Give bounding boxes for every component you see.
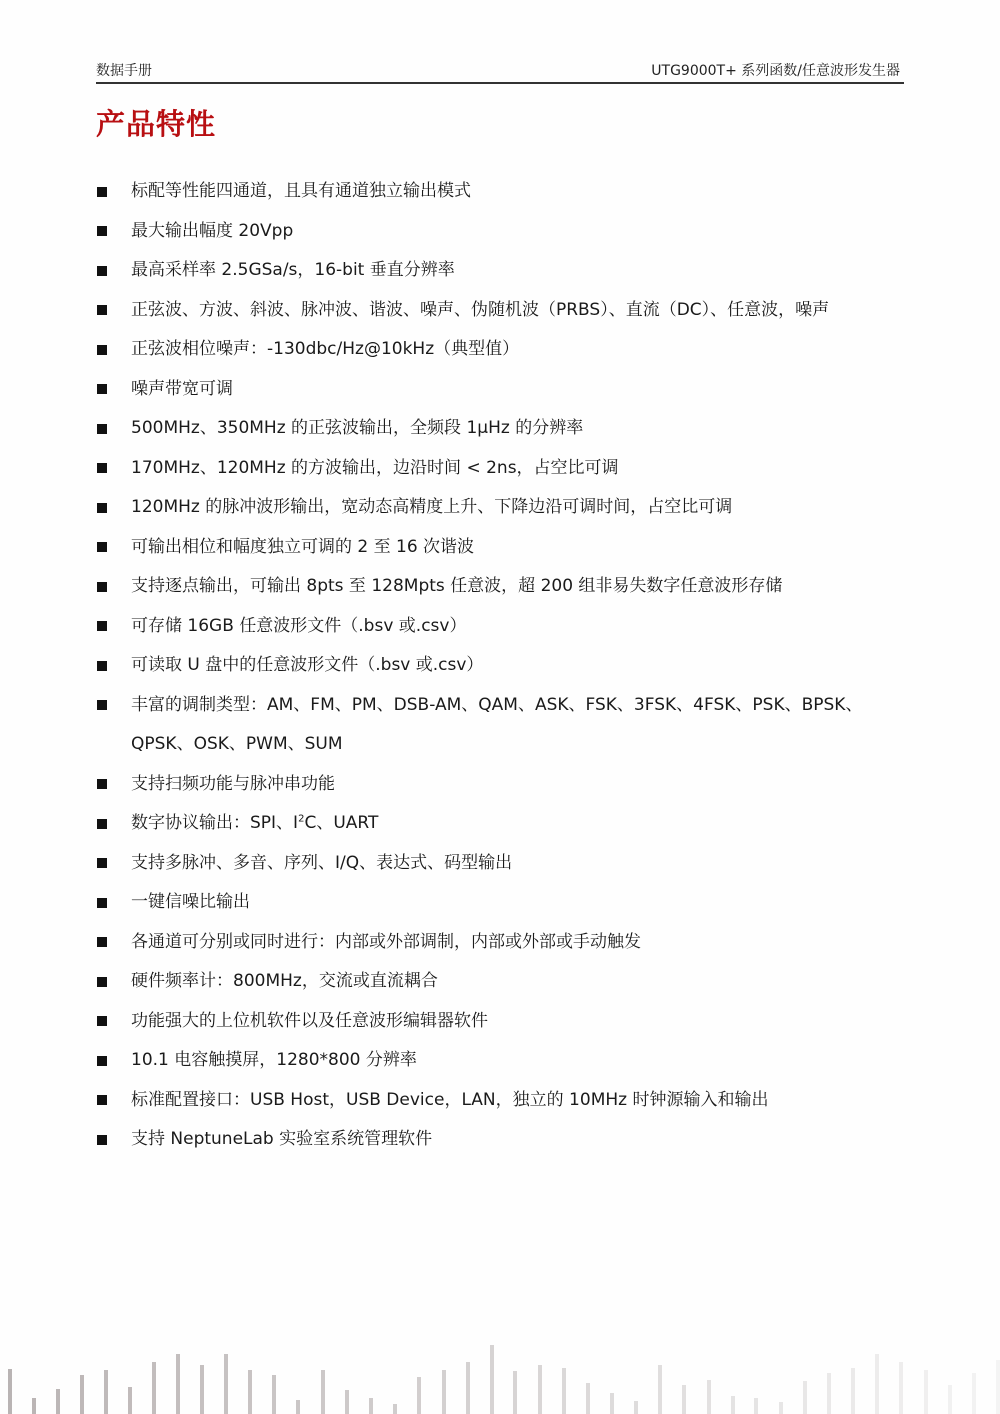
square-bullet-icon	[97, 542, 107, 552]
decorative-bar	[56, 1389, 60, 1414]
feature-text: 10.1 电容触摸屏，1280*800 分辨率	[131, 1050, 417, 1070]
feature-text: 噪声带宽可调	[131, 379, 233, 399]
feature-text: 各通道可分别或同时进行：内部或外部调制，内部或外部或手动触发	[131, 932, 641, 952]
feature-text-pre: 数字协议输出：SPI、I	[131, 813, 298, 833]
feature-item: 支持多脉冲、多音、序列、I/Q、表达式、码型输出	[96, 844, 911, 884]
decorative-bar	[731, 1396, 735, 1414]
square-bullet-icon	[97, 266, 107, 276]
feature-item: 丰富的调制类型：AM、FM、PM、DSB-AM、QAM、ASK、FSK、3FSK…	[96, 686, 911, 765]
feature-item: 10.1 电容触摸屏，1280*800 分辨率	[96, 1041, 911, 1081]
decorative-bar	[899, 1362, 903, 1414]
decorative-bar	[490, 1345, 494, 1414]
decorative-bar	[200, 1365, 204, 1414]
feature-text: 标准配置接口：USB Host，USB Device，LAN，独立的 10MHz…	[131, 1090, 768, 1110]
feature-item: 可读取 U 盘中的任意波形文件（.bsv 或.csv）	[96, 646, 911, 686]
feature-item: 可存储 16GB 任意波形文件（.bsv 或.csv）	[96, 607, 911, 647]
feature-text: 支持 NeptuneLab 实验室系统管理软件	[131, 1129, 432, 1149]
square-bullet-icon	[97, 582, 107, 592]
feature-text: 正弦波、方波、斜波、脉冲波、谐波、噪声、伪随机波（PRBS）、直流（DC）、任意…	[131, 300, 829, 320]
feature-item: 170MHz、120MHz 的方波输出，边沿时间 < 2ns，占空比可调	[96, 449, 911, 489]
decorative-bar	[32, 1398, 36, 1414]
square-bullet-icon	[97, 424, 107, 434]
square-bullet-icon	[97, 898, 107, 908]
header-doc-type: 数据手册	[96, 60, 152, 80]
decorative-bar	[586, 1383, 590, 1414]
feature-item: 500MHz、350MHz 的正弦波输出，全频段 1μHz 的分辨率	[96, 409, 911, 449]
decorative-bar	[369, 1398, 373, 1414]
feature-item: 一键信噪比输出	[96, 883, 911, 923]
decorative-bar	[248, 1370, 252, 1414]
decorative-bar	[128, 1387, 132, 1414]
feature-text: 可存储 16GB 任意波形文件（.bsv 或.csv）	[131, 616, 466, 636]
square-bullet-icon	[97, 779, 107, 789]
decorative-bar	[393, 1404, 397, 1414]
header-product-name: UTG9000T+ 系列函数/任意波形发生器	[651, 60, 900, 80]
feature-text: 一键信噪比输出	[131, 892, 250, 912]
feature-item: 支持扫频功能与脉冲串功能	[96, 765, 911, 805]
decorative-bar	[80, 1375, 84, 1414]
feature-item: 可输出相位和幅度独立可调的 2 至 16 次谐波	[96, 528, 911, 568]
decorative-bar	[513, 1371, 517, 1414]
feature-text: 最大输出幅度 20Vpp	[131, 221, 293, 241]
feature-item: 噪声带宽可调	[96, 370, 911, 410]
square-bullet-icon	[97, 661, 107, 671]
square-bullet-icon	[97, 187, 107, 197]
decorative-bar	[779, 1402, 783, 1414]
feature-text: 可输出相位和幅度独立可调的 2 至 16 次谐波	[131, 537, 474, 557]
decorative-bar	[707, 1380, 711, 1414]
square-bullet-icon	[97, 503, 107, 513]
square-bullet-icon	[97, 1056, 107, 1066]
decorative-bar	[851, 1368, 855, 1414]
feature-list: 标配等性能四通道，且具有通道独立输出模式最大输出幅度 20Vpp最高采样率 2.…	[96, 172, 911, 1160]
square-bullet-icon	[97, 305, 107, 315]
feature-item: 正弦波相位噪声：-130dbc/Hz@10kHz（典型值）	[96, 330, 911, 370]
square-bullet-icon	[97, 463, 107, 473]
decorative-bar	[176, 1354, 180, 1414]
decorative-bar	[924, 1370, 928, 1414]
decorative-bar	[466, 1362, 470, 1414]
feature-text: 最高采样率 2.5GSa/s，16-bit 垂直分辨率	[131, 260, 455, 280]
feature-item: 支持逐点输出，可输出 8pts 至 128Mpts 任意波，超 200 组非易失…	[96, 567, 911, 607]
square-bullet-icon	[97, 226, 107, 236]
decorative-bar	[562, 1368, 566, 1414]
square-bullet-icon	[97, 858, 107, 868]
square-bullet-icon	[97, 937, 107, 947]
feature-item: 正弦波、方波、斜波、脉冲波、谐波、噪声、伪随机波（PRBS）、直流（DC）、任意…	[96, 291, 911, 331]
decorative-bar	[224, 1354, 228, 1414]
decorative-bar	[972, 1373, 976, 1414]
decorative-bar	[948, 1385, 952, 1414]
feature-text: 可读取 U 盘中的任意波形文件（.bsv 或.csv）	[131, 655, 483, 675]
feature-item: 功能强大的上位机软件以及任意波形编辑器软件	[96, 1002, 911, 1042]
feature-item: 数字协议输出：SPI、I2C、UART	[96, 804, 911, 844]
decorative-bar-pattern	[0, 1330, 1000, 1414]
feature-item: 标配等性能四通道，且具有通道独立输出模式	[96, 172, 911, 212]
decorative-bar	[272, 1375, 276, 1414]
decorative-bar	[296, 1400, 300, 1414]
feature-item: 最大输出幅度 20Vpp	[96, 212, 911, 252]
feature-text: 支持多脉冲、多音、序列、I/Q、表达式、码型输出	[131, 853, 512, 873]
feature-text: 支持逐点输出，可输出 8pts 至 128Mpts 任意波，超 200 组非易失…	[131, 576, 782, 596]
decorative-bar	[417, 1377, 421, 1414]
feature-item: 各通道可分别或同时进行：内部或外部调制，内部或外部或手动触发	[96, 923, 911, 963]
feature-text: 支持扫频功能与脉冲串功能	[131, 774, 335, 794]
decorative-bar	[996, 1360, 1000, 1414]
feature-text: 120MHz 的脉冲波形输出，宽动态高精度上升、下降边沿可调时间，占空比可调	[131, 497, 732, 517]
feature-text-post: C、UART	[304, 813, 378, 833]
square-bullet-icon	[97, 1095, 107, 1105]
feature-text: 丰富的调制类型：AM、FM、PM、DSB-AM、QAM、ASK、FSK、3FSK…	[131, 695, 862, 755]
decorative-bar	[658, 1365, 662, 1414]
square-bullet-icon	[97, 621, 107, 631]
decorative-bar	[8, 1369, 12, 1414]
feature-text: 数字协议输出：SPI、I2C、UART	[131, 813, 378, 833]
feature-text: 标配等性能四通道，且具有通道独立输出模式	[131, 181, 471, 201]
decorative-bar	[803, 1381, 807, 1414]
square-bullet-icon	[97, 1135, 107, 1145]
decorative-bar	[754, 1398, 758, 1414]
page-header: 数据手册 UTG9000T+ 系列函数/任意波形发生器	[96, 58, 904, 84]
feature-item: 硬件频率计：800MHz，交流或直流耦合	[96, 962, 911, 1002]
square-bullet-icon	[97, 819, 107, 829]
page-title: 产品特性	[96, 102, 216, 143]
decorative-bar	[682, 1385, 686, 1414]
feature-text: 170MHz、120MHz 的方波输出，边沿时间 < 2ns，占空比可调	[131, 458, 619, 478]
square-bullet-icon	[97, 1016, 107, 1026]
decorative-bar	[321, 1370, 325, 1414]
square-bullet-icon	[97, 345, 107, 355]
decorative-bar	[442, 1370, 446, 1414]
decorative-bar	[610, 1393, 614, 1414]
feature-text: 正弦波相位噪声：-130dbc/Hz@10kHz（典型值）	[131, 339, 519, 359]
feature-text: 500MHz、350MHz 的正弦波输出，全频段 1μHz 的分辨率	[131, 418, 583, 438]
decorative-bar	[104, 1370, 108, 1414]
feature-item: 标准配置接口：USB Host，USB Device，LAN，独立的 10MHz…	[96, 1081, 911, 1121]
decorative-bar	[634, 1401, 638, 1414]
feature-item: 支持 NeptuneLab 实验室系统管理软件	[96, 1120, 911, 1160]
decorative-bar	[827, 1373, 831, 1414]
square-bullet-icon	[97, 700, 107, 710]
decorative-bar	[538, 1365, 542, 1414]
square-bullet-icon	[97, 977, 107, 987]
feature-item: 120MHz 的脉冲波形输出，宽动态高精度上升、下降边沿可调时间，占空比可调	[96, 488, 911, 528]
feature-item: 最高采样率 2.5GSa/s，16-bit 垂直分辨率	[96, 251, 911, 291]
decorative-bar	[875, 1354, 879, 1414]
feature-text: 硬件频率计：800MHz，交流或直流耦合	[131, 971, 438, 991]
decorative-bar	[152, 1362, 156, 1414]
square-bullet-icon	[97, 384, 107, 394]
decorative-bar	[345, 1390, 349, 1414]
feature-text: 功能强大的上位机软件以及任意波形编辑器软件	[131, 1011, 488, 1031]
